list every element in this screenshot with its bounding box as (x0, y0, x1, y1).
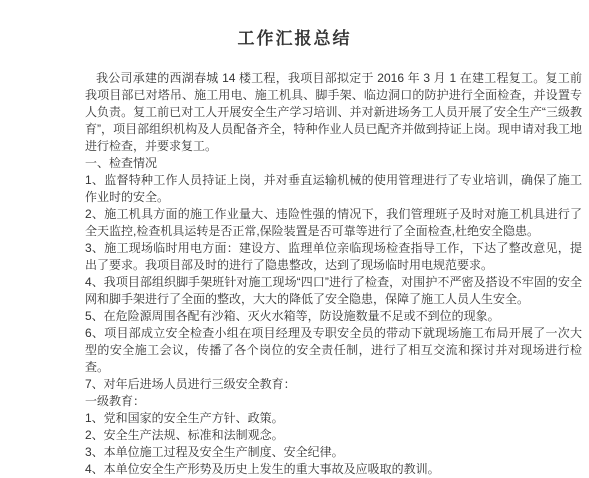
inspection-item-1: 1、监督特种工作人员持证上岗，并对垂直运输机械的使用管理进行了专业培训，确保了施… (85, 172, 582, 206)
education-item-2: 2、安全生产法规、标准和法制观念。 (85, 427, 582, 444)
section-heading-inspection: 一、检查情况 (85, 155, 582, 172)
education-item-1: 1、党和国家的安全生产方针、政策。 (85, 410, 582, 427)
inspection-item-4: 4、我项目部组织脚手架班针对施工现场“四口”进行了检查，对围护不严密及搭设不牢固… (85, 274, 582, 308)
intro-paragraph: 我公司承建的西湖春城 14 楼工程，我项目部拟定于 2016 年 3 月 1 在… (85, 70, 582, 155)
inspection-item-3: 3、施工现场临时用电方面：建设方、监理单位亲临现场检查指导工作，下达了整改意见，… (85, 240, 582, 274)
document-page: 工作汇报总结 我公司承建的西湖春城 14 楼工程，我项目部拟定于 2016 年 … (0, 0, 589, 478)
inspection-item-7: 7、对年后进场人员进行三级安全教育： (85, 376, 582, 393)
inspection-item-5: 5、在危险源周围各配有沙箱、灭火水箱等，防设施数量不足或不到位的现象。 (85, 308, 582, 325)
section-heading-education: 一级教育： (85, 393, 582, 410)
inspection-item-2: 2、施工机具方面的施工作业量大、违险性强的情况下，我们管理班子及时对施工机具进行… (85, 206, 582, 240)
inspection-item-6: 6、项目部成立安全检查小组在项目经理及专职安全员的带动下就现场施工布局开展了一次… (85, 325, 582, 376)
document-body: 我公司承建的西湖春城 14 楼工程，我项目部拟定于 2016 年 3 月 1 在… (85, 70, 582, 478)
education-item-4: 4、本单位安全生产形势及历史上发生的重大事故及应吸取的教训。 (85, 461, 582, 478)
education-item-3: 3、本单位施工过程及安全生产制度、安全纪律。 (85, 444, 582, 461)
document-title: 工作汇报总结 (0, 0, 589, 49)
